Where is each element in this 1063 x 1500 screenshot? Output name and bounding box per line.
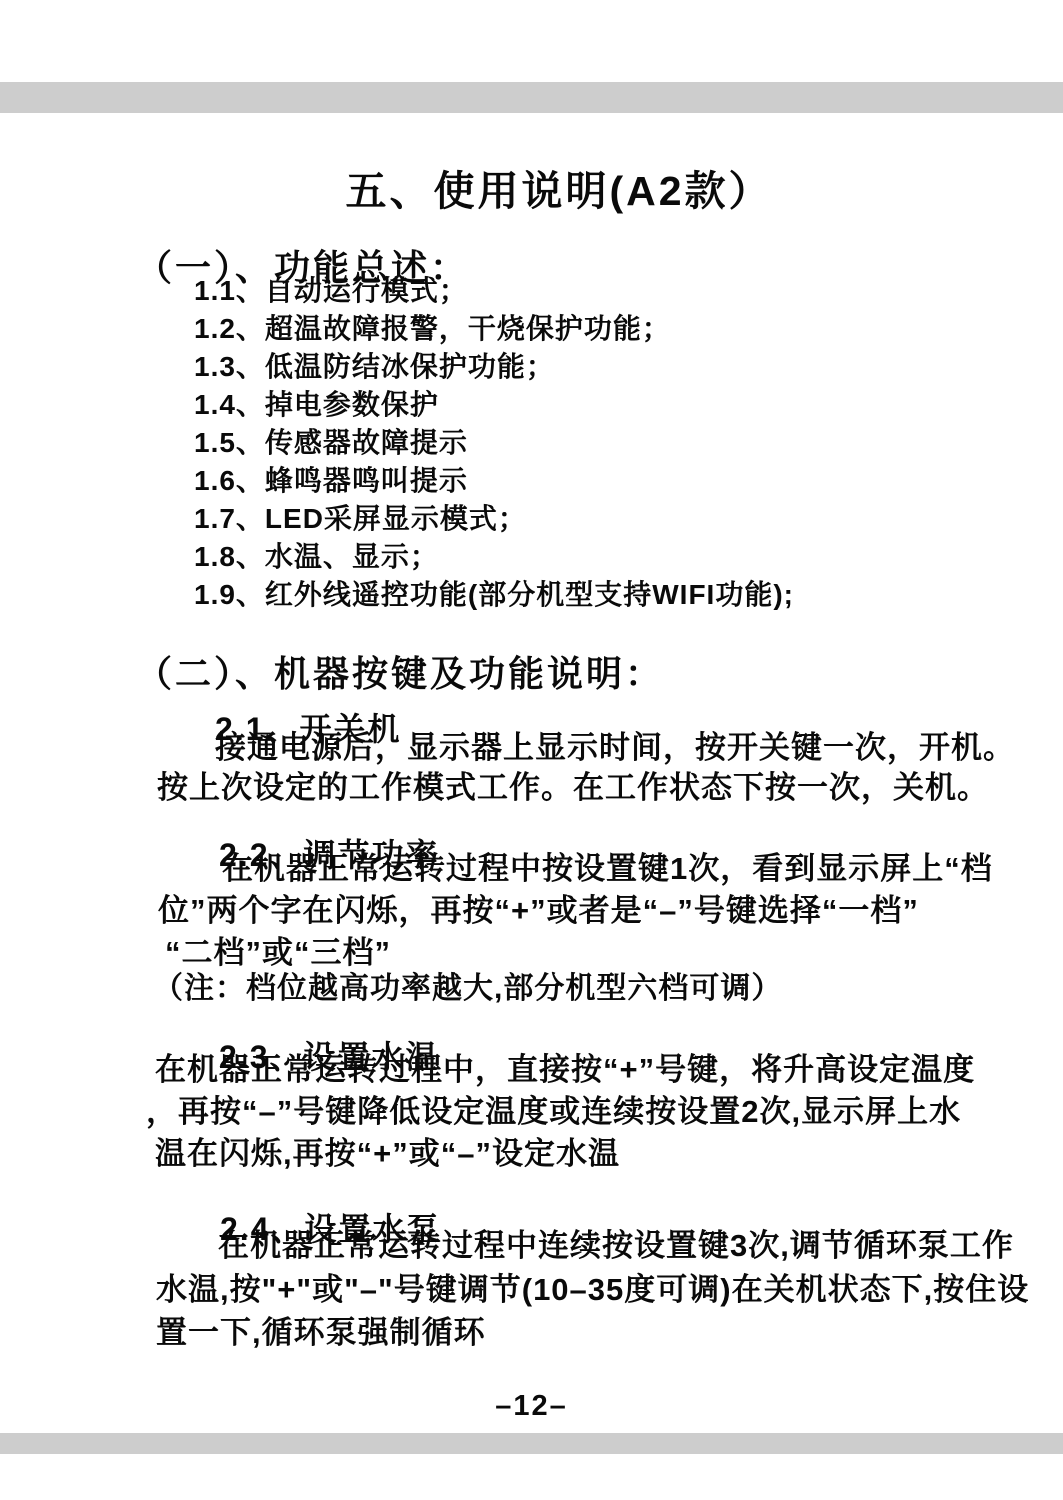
body-line: 在机器正常运转过程中，直接按“+”号键，将升高设定温度	[155, 1044, 975, 1089]
feature-item: 1.4、掉电参数保护	[194, 386, 794, 424]
feature-item: 1.9、红外线遥控功能(部分机型支持WIFI功能);	[194, 576, 794, 614]
page-number: –12–	[0, 1390, 1063, 1423]
section-two-heading: （二）、机器按键及功能说明：	[136, 646, 664, 697]
feature-list: 1.1、自动运行模式； 1.2、超温故障报警，干烧保护功能； 1.3、低温防结冰…	[194, 272, 794, 614]
feature-item: 1.8、水温、显示；	[194, 538, 794, 576]
bottom-divider-bar	[0, 1433, 1063, 1454]
body-line: 水温,按"+"或"–"号键调节(10–35度可调)在关机状态下,按住设	[156, 1264, 1029, 1309]
top-divider-bar	[0, 82, 1063, 113]
page-title: 五、使用说明(A2款）	[0, 158, 1063, 217]
body-line: 接通电源后，显示器上显示时间，按开关键一次，开机。	[215, 722, 1015, 767]
note-line: （注：档位越高功率越大,部分机型六档可调）	[153, 963, 782, 1007]
body-line: 在机器正常运转过程中连续按设置键3次,调节循环泵工作	[218, 1220, 1014, 1265]
feature-item: 1.3、低温防结冰保护功能；	[194, 348, 794, 386]
manual-page: 五、使用说明(A2款） （一）、功能总述： 1.1、自动运行模式； 1.2、超温…	[0, 0, 1063, 1500]
feature-item: 1.5、传感器故障提示	[194, 424, 794, 462]
feature-item: 1.1、自动运行模式；	[194, 272, 794, 310]
feature-item: 1.2、超温故障报警，干烧保护功能；	[194, 310, 794, 348]
body-line: 温在闪烁,再按“+”或“–”设定水温	[155, 1128, 620, 1173]
body-line: 按上次设定的工作模式工作。在工作状态下按一次，关机。	[157, 762, 989, 807]
body-line: ，再按“–”号键降低设定温度或连续按设置2次,显示屏上水	[146, 1086, 961, 1131]
body-line: 位”两个字在闪烁，再按“+”或者是“–”号键选择“一档”	[158, 885, 919, 930]
feature-item: 1.7、LED采屏显示模式；	[194, 500, 794, 538]
feature-item: 1.6、蜂鸣器鸣叫提示	[194, 462, 794, 500]
body-line: 在机器正常运转过程中按设置键1次，看到显示屏上“档	[222, 843, 993, 888]
body-line: 置一下,循环泵强制循环	[156, 1307, 486, 1352]
